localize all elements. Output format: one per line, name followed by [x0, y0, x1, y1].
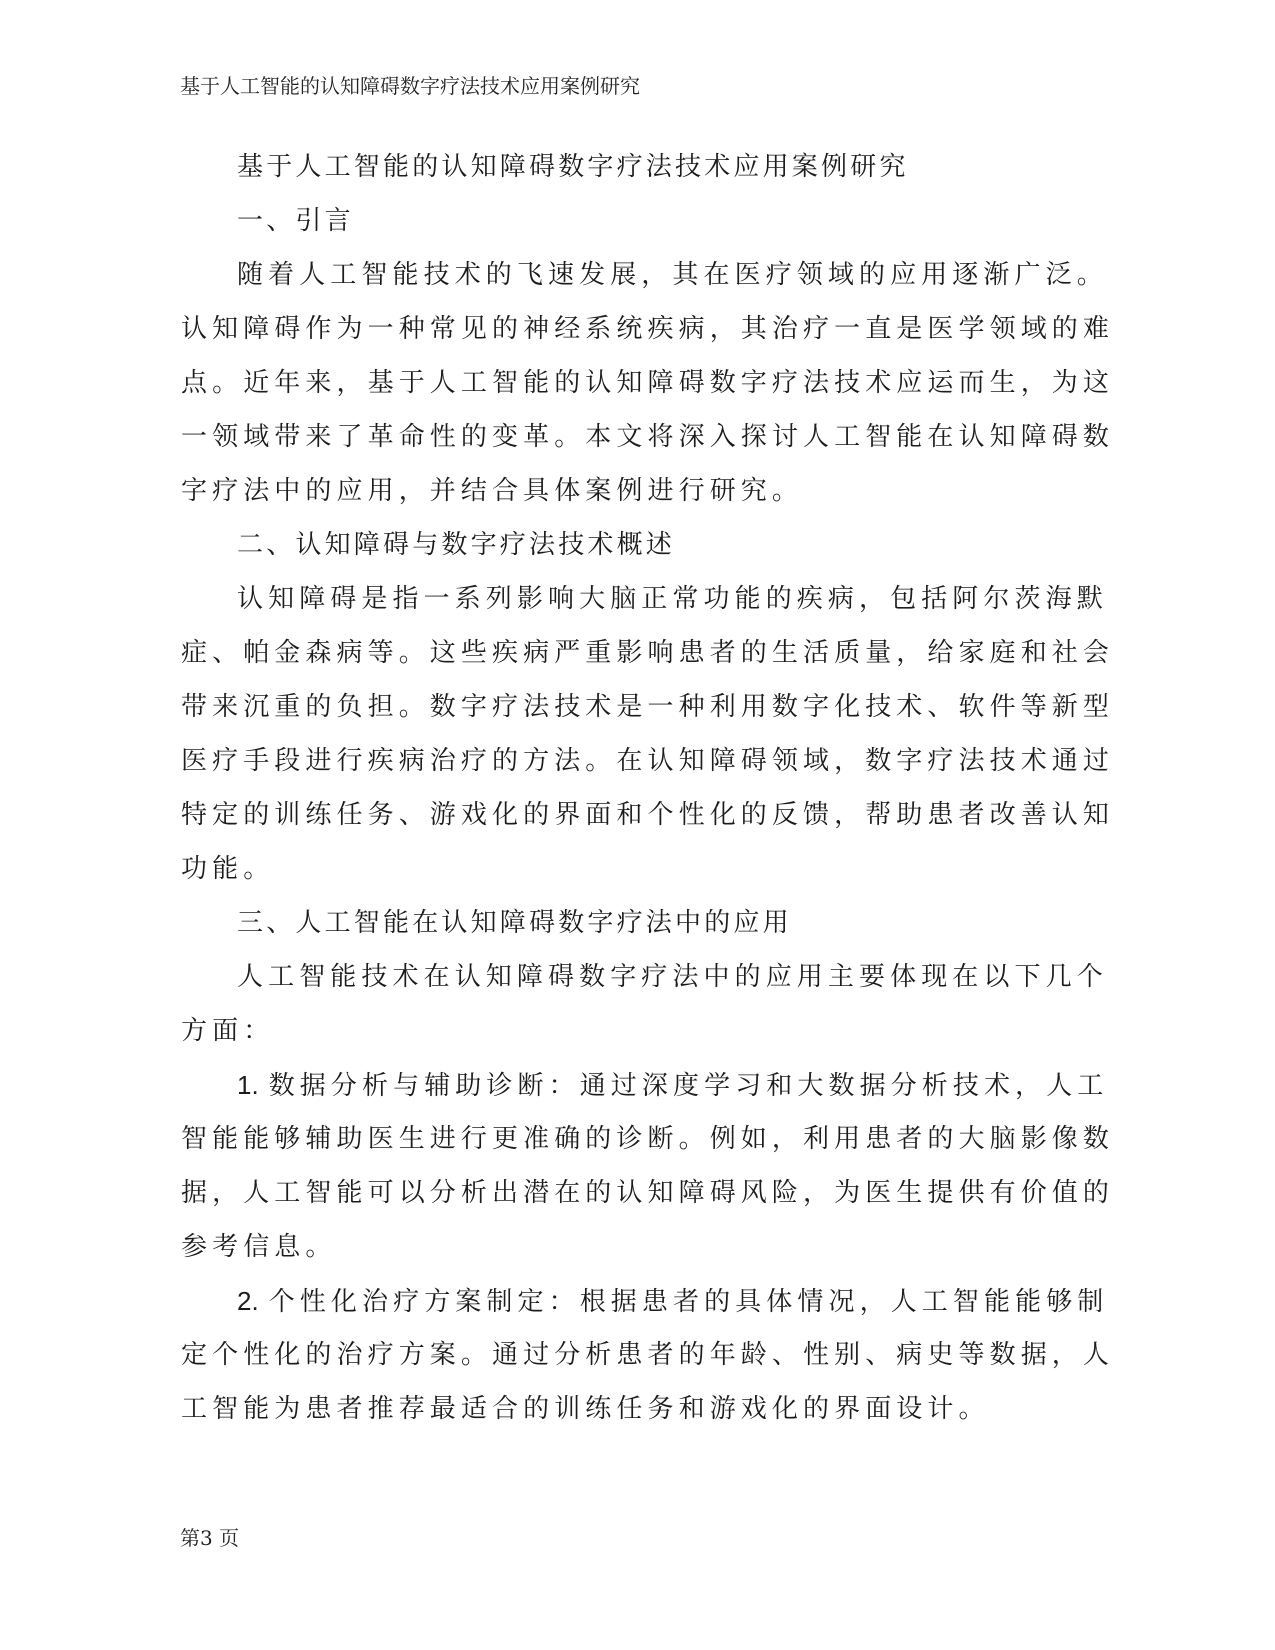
list-item: 1.数据分析与辅助诊断：通过深度学习和大数据分析技术，人工: [181, 1058, 1036, 1112]
paragraph-line: 字疗法中的应用，并结合具体案例进行研究。: [181, 464, 1036, 518]
list-item-line: 工智能为患者推荐最适合的训练任务和游戏化的界面设计。: [181, 1382, 1036, 1436]
paragraph-line: 功能。: [181, 842, 1036, 896]
paragraph-line: 随着人工智能技术的飞速发展，其在医疗领域的应用逐渐广泛。: [181, 248, 1036, 302]
paragraph-line: 医疗手段进行疾病治疗的方法。在认知障碍领域，数字疗法技术通过: [181, 734, 1036, 788]
list-item: 2.个性化治疗方案制定：根据患者的具体情况，人工智能能够制: [181, 1274, 1036, 1328]
section-heading: 一、引言: [181, 194, 1036, 248]
paragraph-line: 点。近年来，基于人工智能的认知障碍数字疗法技术应运而生，为这: [181, 356, 1036, 410]
paragraph-line: 症、帕金森病等。这些疾病严重影响患者的生活质量，给家庭和社会: [181, 626, 1036, 680]
page-number: 第3 页: [180, 1522, 239, 1551]
paragraph-line: 带来沉重的负担。数字疗法技术是一种利用数字化技术、软件等新型: [181, 680, 1036, 734]
list-item-text: 数据分析与辅助诊断：通过深度学习和大数据分析技术，人工: [269, 1071, 1109, 1101]
list-item-number: 1.: [237, 1070, 259, 1100]
document-title: 基于人工智能的认知障碍数字疗法技术应用案例研究: [181, 140, 1036, 194]
paragraph-line: 一领域带来了革命性的变革。本文将深入探讨人工智能在认知障碍数: [181, 410, 1036, 464]
paragraph-line: 方面：: [181, 1004, 1036, 1058]
document-body: 基于人工智能的认知障碍数字疗法技术应用案例研究 一、引言 随着人工智能技术的飞速…: [181, 140, 1036, 1436]
list-item-line: 据，人工智能可以分析出潜在的认知障碍风险，为医生提供有价值的: [181, 1166, 1036, 1220]
paragraph-line: 认知障碍作为一种常见的神经系统疾病，其治疗一直是医学领域的难: [181, 302, 1036, 356]
list-item-line: 智能能够辅助医生进行更准确的诊断。例如，利用患者的大脑影像数: [181, 1112, 1036, 1166]
list-item-line: 定个性化的治疗方案。通过分析患者的年龄、性别、病史等数据，人: [181, 1328, 1036, 1382]
paragraph-line: 认知障碍是指一系列影响大脑正常功能的疾病，包括阿尔茨海默: [181, 572, 1036, 626]
list-item-text: 个性化治疗方案制定：根据患者的具体情况，人工智能能够制: [269, 1287, 1109, 1317]
running-header: 基于人工智能的认知障碍数字疗法技术应用案例研究: [180, 70, 640, 99]
paragraph-line: 特定的训练任务、游戏化的界面和个性化的反馈，帮助患者改善认知: [181, 788, 1036, 842]
section-heading: 二、认知障碍与数字疗法技术概述: [181, 518, 1036, 572]
list-item-line: 参考信息。: [181, 1220, 1036, 1274]
list-item-number: 2.: [237, 1286, 259, 1316]
section-heading: 三、人工智能在认知障碍数字疗法中的应用: [181, 896, 1036, 950]
paragraph-line: 人工智能技术在认知障碍数字疗法中的应用主要体现在以下几个: [181, 950, 1036, 1004]
